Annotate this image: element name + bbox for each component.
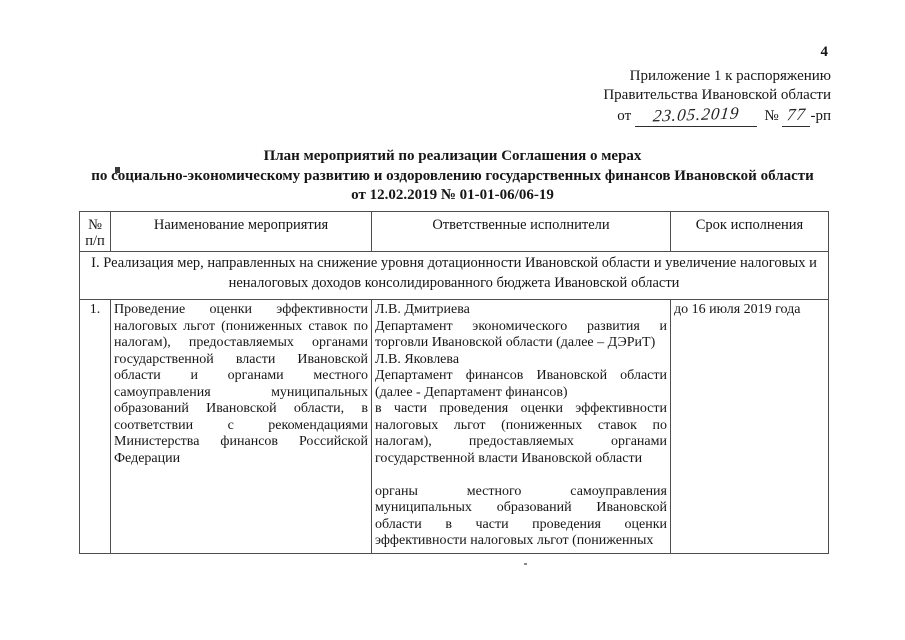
scan-artifact bbox=[115, 167, 120, 173]
title-line-1: План мероприятий по реализации Соглашени… bbox=[0, 147, 905, 167]
table-header-row: № п/п Наименование мероприятия Ответстве… bbox=[80, 212, 829, 252]
title-line-3: от 12.02.2019 № 01-01-06/06-19 bbox=[0, 186, 905, 206]
header-cell-activity: Наименование мероприятия bbox=[111, 212, 372, 252]
header-cell-responsible: Ответственные исполнители bbox=[372, 212, 671, 252]
annex-date-prefix: от bbox=[617, 108, 631, 124]
header-cell-deadline: Срок исполнения bbox=[671, 212, 829, 252]
annex-block: Приложение 1 к распоряжению Правительств… bbox=[603, 67, 831, 127]
section-header-cell: I. Реализация мер, направленных на сниже… bbox=[80, 252, 829, 300]
annex-line-2: Правительства Ивановской области bbox=[603, 86, 831, 105]
plan-table: № п/п Наименование мероприятия Ответстве… bbox=[79, 211, 829, 554]
header-cell-num: № п/п bbox=[80, 212, 111, 252]
date-underline: 23.05.2019 bbox=[635, 107, 757, 127]
handwritten-number: 77 bbox=[786, 108, 806, 122]
title-line-2: по социально-экономическому развитию и о… bbox=[0, 167, 905, 187]
page-number: 4 bbox=[821, 44, 829, 61]
annex-number-sign: № bbox=[764, 108, 778, 124]
scan-artifact bbox=[524, 563, 527, 565]
table-row: 1. Проведение оценки эффективности налог… bbox=[80, 300, 829, 554]
number-underline: 77 bbox=[782, 107, 810, 127]
document-title: План мероприятий по реализации Соглашени… bbox=[0, 147, 905, 206]
deadline-cell: до 16 июля 2019 года bbox=[671, 300, 829, 554]
activity-cell: Проведение оценки эффективности налоговы… bbox=[111, 300, 372, 554]
annex-suffix: -рп bbox=[810, 108, 831, 124]
annex-line-1: Приложение 1 к распоряжению bbox=[603, 67, 831, 86]
annex-date-line: от 23.05.2019 № 77-рп bbox=[603, 107, 831, 127]
document-page: 4 Приложение 1 к распоряжению Правительс… bbox=[0, 0, 905, 640]
responsible-cell: Л.В. Дмитриева Департамент экономическог… bbox=[372, 300, 671, 554]
section-header-row: I. Реализация мер, направленных на сниже… bbox=[80, 252, 829, 300]
handwritten-date: 23.05.2019 bbox=[652, 106, 740, 122]
row-number-cell: 1. bbox=[80, 300, 111, 554]
